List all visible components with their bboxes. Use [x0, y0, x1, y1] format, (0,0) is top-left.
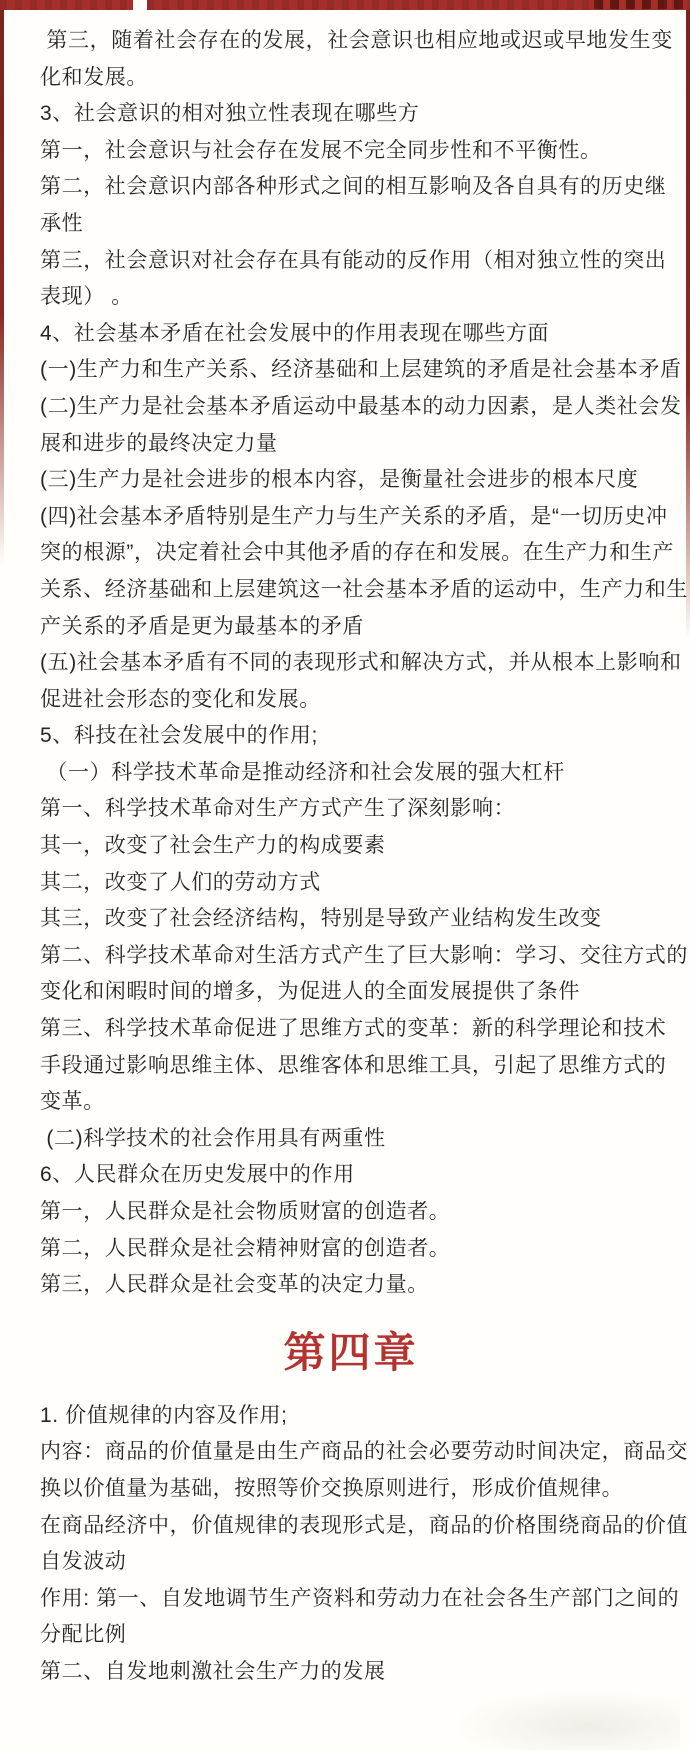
text-line: 突的根源”，决定着社会中其他矛盾的存在和发展。在生产力和生产: [40, 535, 662, 572]
text-line: 分配比例: [40, 1617, 662, 1654]
text-line: (二)科学技术的社会作用具有两重性: [40, 1121, 662, 1158]
text-line: 第二、科学技术革命对生活方式产生了巨大影响：学习、交往方式的: [40, 938, 662, 975]
text-line: 作用: 第一、自发地调节生产资料和劳动力在社会各生产部门之间的: [40, 1581, 662, 1618]
cropped-header-text-fragment: [594, 0, 686, 9]
text-line: 展和进步的最终决定力量: [40, 426, 662, 463]
text-line: (五)社会基本矛盾有不同的表现形式和解决方式，并从根本上影响和: [40, 645, 662, 682]
text-line: 其二，改变了人们的劳动方式: [40, 865, 662, 902]
top-frame-bar-right: [147, 0, 690, 10]
text-line: 内容：商品的价值量是由生产商品的社会必要劳动时间决定，商品交: [40, 1434, 662, 1471]
text-line: 变化和闲暇时间的增多，为促进人的全面发展提供了条件: [40, 974, 662, 1011]
section-chapter4-lines: 1. 价值规律的内容及作用;内容：商品的价值量是由生产商品的社会必要劳动时间决定…: [40, 1398, 662, 1691]
top-frame-bar-left: [0, 0, 133, 10]
text-line: （一）科学技术革命是推动经济和社会发展的强大杠杆: [40, 755, 662, 792]
text-line: 变革。: [40, 1084, 662, 1121]
text-line: (一)生产力和生产关系、经济基础和上层建筑的矛盾是社会基本矛盾: [40, 352, 662, 389]
text-line: 第二，人民群众是社会精神财富的创造者。: [40, 1231, 662, 1268]
text-line: 第一，社会意识与社会存在发展不完全同步性和不平衡性。: [40, 133, 662, 170]
text-line: 在商品经济中，价值规律的表现形式是，商品的价格围绕商品的价值: [40, 1508, 662, 1545]
text-line: 自发波动: [40, 1544, 662, 1581]
text-line: 促进社会形态的变化和发展。: [40, 682, 662, 719]
text-line: (二)生产力是社会基本矛盾运动中最基本的动力因素，是人类社会发: [40, 389, 662, 426]
text-line: 其三，改变了社会经济结构，特别是导致产业结构发生改变: [40, 901, 662, 938]
text-line: 第二，社会意识内部各种形式之间的相互影响及各自具有的历史继: [40, 169, 662, 206]
text-line: 化和发展。: [40, 60, 662, 97]
text-line: 其一，改变了社会生产力的构成要素: [40, 828, 662, 865]
text-line: 6、人民群众在历史发展中的作用: [40, 1157, 662, 1194]
text-line: 第一、科学技术革命对生产方式产生了深刻影响：: [40, 791, 662, 828]
section-chapter3-lines: 第三，随着社会存在的发展，社会意识也相应地或迟或早地发生变化和发展。3、社会意识…: [40, 23, 662, 1304]
text-line: 1. 价值规律的内容及作用;: [40, 1398, 662, 1435]
document-text: 第三，随着社会存在的发展，社会意识也相应地或迟或早地发生变化和发展。3、社会意识…: [40, 23, 662, 1691]
text-line: 产关系的矛盾是更为最基本的矛盾: [40, 609, 662, 646]
text-line: 承性: [40, 206, 662, 243]
text-line: 第三，随着社会存在的发展，社会意识也相应地或迟或早地发生变: [40, 23, 662, 60]
text-line: 3、社会意识的相对独立性表现在哪些方: [40, 96, 662, 133]
watermark-smudge: [450, 1690, 680, 1750]
text-line: (四)社会基本矛盾特别是生产力与生产关系的矛盾，是“一切历史冲: [40, 499, 662, 536]
left-frame-strip: [0, 10, 4, 565]
text-line: 第三、科学技术革命促进了思维方式的变革：新的科学理论和技术: [40, 1011, 662, 1048]
text-line: 换以价值量为基础，按照等价交换原则进行，形成价值规律。: [40, 1471, 662, 1508]
text-line: 手段通过影响思维主体、思维客体和思维工具，引起了思维方式的: [40, 1048, 662, 1085]
text-line: (三)生产力是社会进步的根本内容，是衡量社会进步的根本尺度: [40, 462, 662, 499]
text-line: 4、社会基本矛盾在社会发展中的作用表现在哪些方面: [40, 316, 662, 353]
chapter-heading: 第四章: [40, 1324, 662, 1382]
text-line: 5、科技在社会发展中的作用;: [40, 718, 662, 755]
text-line: 关系、经济基础和上层建筑这一社会基本矛盾的运动中，生产力和生: [40, 572, 662, 609]
text-line: 第一，人民群众是社会物质财富的创造者。: [40, 1194, 662, 1231]
text-line: 表现） 。: [40, 279, 662, 316]
text-line: 第三，人民群众是社会变革的决定力量。: [40, 1267, 662, 1304]
notes-page: 第三，随着社会存在的发展，社会意识也相应地或迟或早地发生变化和发展。3、社会意识…: [0, 0, 690, 1751]
right-frame-strip: [686, 10, 690, 640]
text-line: 第二、自发地刺激社会生产力的发展: [40, 1654, 662, 1691]
text-line: 第三，社会意识对社会存在具有能动的反作用（相对独立性的突出: [40, 243, 662, 280]
